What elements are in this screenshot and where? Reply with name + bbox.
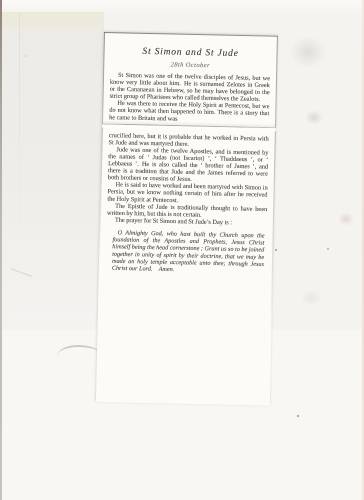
page-title: St Simon and St Jude (110, 45, 270, 59)
scanned-book-page-photo: St Simon and St Jude 28th October St Sim… (0, 0, 364, 500)
ink-speck (297, 415, 299, 417)
ink-speck (25, 55, 27, 57)
ink-speck (275, 249, 277, 251)
page-content: St Simon and St Jude 28th October St Sim… (99, 32, 278, 275)
scan-smudge (338, 212, 354, 226)
scan-smudge (290, 36, 326, 68)
scan-fold-line (19, 13, 20, 263)
ink-speck (327, 248, 329, 250)
scan-left-edge (0, 0, 2, 500)
scan-smudge (305, 110, 323, 125)
paragraph-st-simon-intro: St Simon was one of the twelve disciples… (110, 71, 271, 103)
page-date: 28th October (110, 60, 270, 70)
collect-prayer-text: O Almighty God, who hast built thy Churc… (112, 229, 265, 275)
scan-smudge (300, 290, 322, 306)
book-page: St Simon and St Jude 28th October St Sim… (96, 32, 278, 406)
paragraph-jude-names: Jude was one of the twelve Apostles, and… (108, 146, 269, 185)
